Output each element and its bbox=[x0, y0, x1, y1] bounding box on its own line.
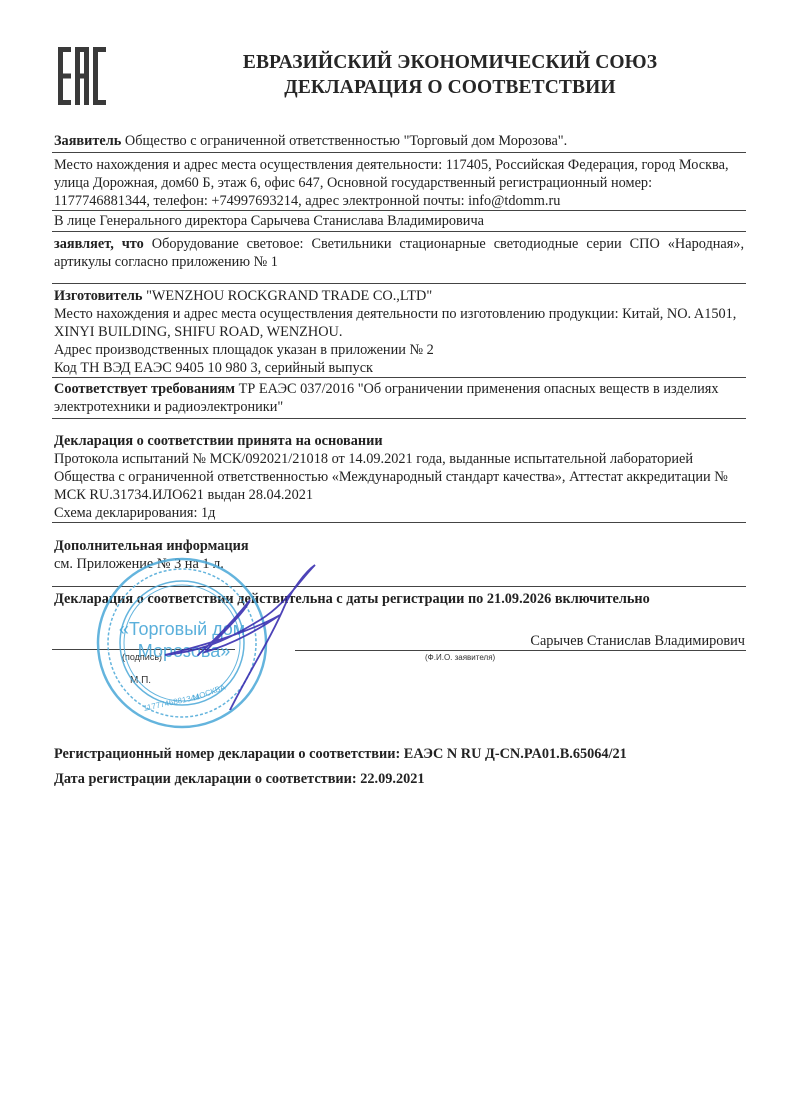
applicant-address: Место нахождения и адрес места осуществл… bbox=[54, 156, 744, 210]
manufacturer-label: Изготовитель bbox=[54, 288, 143, 304]
eac-logo-icon bbox=[58, 47, 106, 105]
product-code: Код ТН ВЭД ЕАЭС 9405 10 980 3, серийный … bbox=[54, 359, 744, 377]
declares-label: заявляет, что bbox=[54, 236, 144, 252]
manufacturer-sites: Адрес производственных площадок указан в… bbox=[54, 341, 744, 359]
divider bbox=[52, 231, 746, 232]
applicant-full-name: Сарычев Станислав Владимирович bbox=[305, 633, 745, 650]
manufacturer-address: Место нахождения и адрес места осуществл… bbox=[54, 305, 744, 341]
manufacturer-row: Изготовитель "WENZHOU ROCKGRAND TRADE CO… bbox=[54, 287, 744, 305]
registration-number: Регистрационный номер декларации о соотв… bbox=[54, 745, 744, 763]
divider bbox=[52, 418, 746, 419]
registration-date: Дата регистрации декларации о соответств… bbox=[54, 770, 744, 788]
declaration-scheme: Схема декларирования: 1д bbox=[54, 504, 744, 522]
basis-text: Протокола испытаний № МСК/092021/21018 о… bbox=[54, 450, 744, 504]
applicant-row: Заявитель Общество с ограниченной ответс… bbox=[54, 132, 744, 150]
declares-row: заявляет, что Оборудование световое: Све… bbox=[54, 235, 744, 271]
conformity-row: Соответствует требованиям ТР ЕАЭС 037/20… bbox=[54, 380, 744, 416]
name-caption: (Ф.И.О. заявителя) bbox=[425, 653, 495, 662]
basis-heading: Декларация о соответствии принята на осн… bbox=[54, 432, 744, 450]
divider bbox=[52, 283, 746, 284]
conformity-label: Соответствует требованиям bbox=[54, 381, 235, 397]
additional-heading: Дополнительная информация bbox=[54, 537, 744, 555]
manufacturer-value: "WENZHOU ROCKGRAND TRADE CO.,LTD" bbox=[146, 288, 432, 304]
applicant-label: Заявитель bbox=[54, 133, 121, 149]
name-line bbox=[295, 650, 746, 651]
applicant-representative: В лице Генерального директора Сарычева С… bbox=[54, 212, 744, 230]
handwritten-signature-icon bbox=[110, 560, 330, 710]
applicant-value: Общество с ограниченной ответственностью… bbox=[125, 133, 567, 149]
divider bbox=[52, 377, 746, 378]
divider bbox=[52, 522, 746, 523]
divider bbox=[52, 210, 746, 211]
divider bbox=[52, 152, 746, 153]
document-title-declaration: ДЕКЛАРАЦИЯ О СООТВЕТСТВИИ bbox=[200, 77, 700, 99]
declares-value: Оборудование световое: Светильники стаци… bbox=[54, 236, 744, 270]
document-title-union: ЕВРАЗИЙСКИЙ ЭКОНОМИЧЕСКИЙ СОЮЗ bbox=[200, 52, 700, 74]
